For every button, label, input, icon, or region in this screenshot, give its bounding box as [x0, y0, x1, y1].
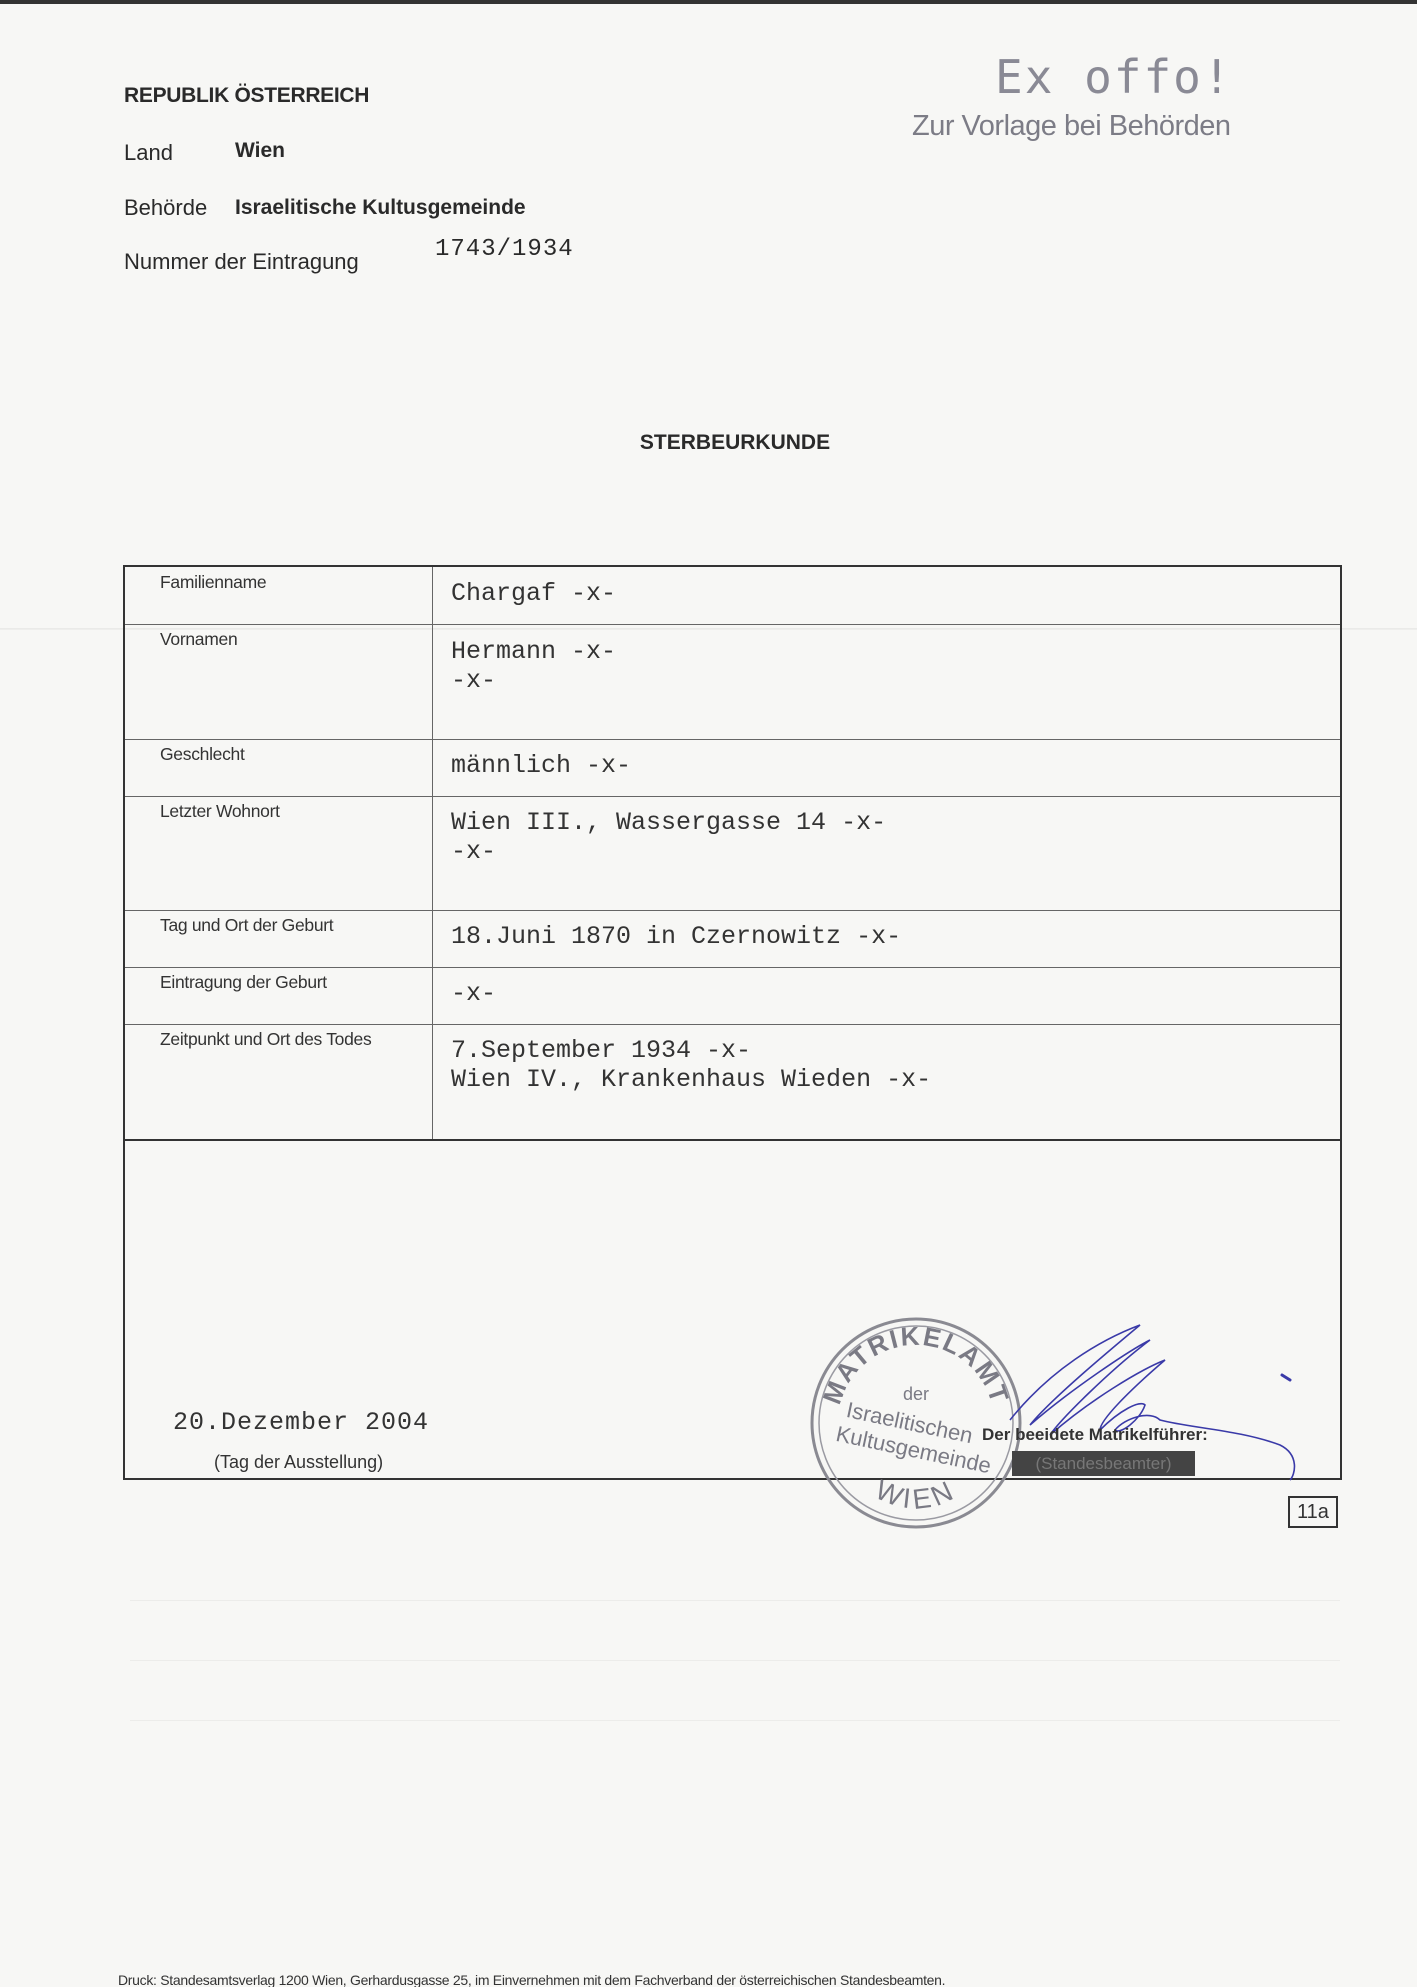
field-label: Zeitpunkt und Ort des Todes [160, 1029, 371, 1050]
table-row-family-name: Familienname Chargaf -x- [125, 567, 1340, 625]
table-row-sex: Geschlecht männlich -x- [125, 739, 1340, 797]
field-value: Wien III., Wassergasse 14 -x- -x- [451, 808, 886, 866]
document-title: STERBEURKUNDE [0, 431, 1417, 455]
table-row-last-residence: Letzter Wohnort Wien III., Wassergasse 1… [125, 796, 1340, 911]
table-row-birth: Tag und Ort der Geburt 18.Juni 1870 in C… [125, 910, 1340, 968]
authority-use-stamp: Zur Vorlage bei Behörden [912, 110, 1231, 143]
field-value: -x- [451, 979, 496, 1008]
svg-text:WIEN: WIEN [871, 1474, 961, 1515]
bleed-through-line [130, 1600, 1340, 1601]
field-label: Familienname [160, 572, 266, 593]
ex-officio-stamp: Ex offo! [995, 50, 1233, 104]
bleed-through-line [130, 1720, 1340, 1721]
scan-edge [0, 0, 1417, 4]
signer-subtitle: (Standesbeamter) [1012, 1451, 1195, 1476]
signer-title: Der beeidete Matrikelführer: [982, 1425, 1208, 1445]
field-value: Chargaf -x- [451, 579, 616, 608]
field-value: 18.Juni 1870 in Czernowitz -x- [451, 922, 901, 951]
field-value: Hermann -x- -x- [451, 637, 616, 695]
land-value: Wien [235, 139, 285, 163]
issue-date: 20.Dezember 2004 [173, 1408, 429, 1437]
field-value: 7.September 1934 -x- Wien IV., Krankenha… [451, 1036, 931, 1094]
field-value: männlich -x- [451, 751, 631, 780]
field-label: Geschlecht [160, 744, 245, 765]
printer-footer: Druck: Standesamtsverlag 1200 Wien, Gerh… [118, 1972, 945, 1987]
field-label: Eintragung der Geburt [160, 972, 327, 993]
land-label: Land [124, 140, 173, 166]
bleed-through-line [130, 1660, 1340, 1661]
authority-value: Israelitische Kultusgemeinde [235, 196, 526, 220]
field-label: Vornamen [160, 629, 237, 650]
issue-date-label: (Tag der Ausstellung) [214, 1452, 383, 1473]
table-row-given-names: Vornamen Hermann -x- -x- [125, 624, 1340, 740]
field-label: Letzter Wohnort [160, 801, 280, 822]
table-row-death: Zeitpunkt und Ort des Todes 7.September … [125, 1024, 1340, 1139]
form-code-box: 11a [1288, 1496, 1338, 1528]
table-row-birth-registration: Eintragung der Geburt -x- [125, 967, 1340, 1025]
field-label: Tag und Ort der Geburt [160, 915, 333, 936]
country-heading: REPUBLIK ÖSTERREICH [124, 84, 369, 108]
entry-number-label: Nummer der Eintragung [124, 249, 359, 275]
svg-text:der: der [903, 1384, 929, 1404]
authority-label: Behörde [124, 195, 207, 221]
section-divider [125, 1139, 1340, 1141]
entry-number-value: 1743/1934 [435, 236, 574, 263]
